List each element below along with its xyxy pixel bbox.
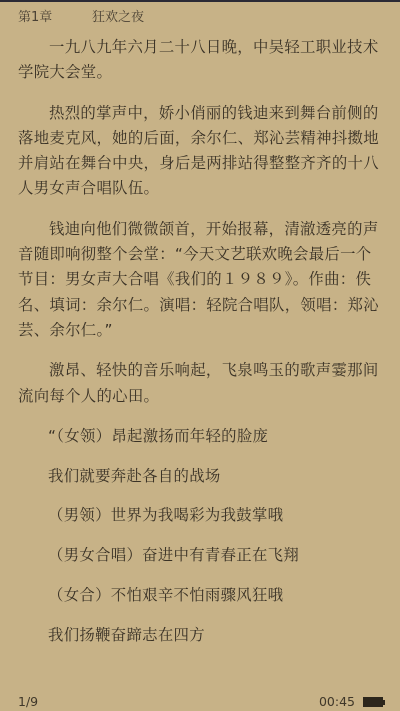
lyric-line: （男女合唱）奋进中有青春正在飞翔 bbox=[18, 543, 382, 568]
lyric-line: （女合）不怕艰辛不怕雨骤风狂哦 bbox=[18, 583, 382, 608]
paragraph: 钱迪向他们微微颌首，开始报幕，清澈透亮的声音随即响彻整个会堂：“今天文艺联欢晚会… bbox=[18, 217, 382, 343]
page-indicator: 1/9 bbox=[18, 694, 38, 709]
reading-content[interactable]: 一九八九年六月二十八日晚，中吴轻工职业技术学院大会堂。 热烈的掌声中，娇小俏丽的… bbox=[18, 35, 382, 663]
clock: 00:45 bbox=[319, 694, 355, 709]
paragraph: 一九八九年六月二十八日晚，中吴轻工职业技术学院大会堂。 bbox=[18, 35, 382, 86]
paragraph: 激昂、轻快的音乐响起，飞泉鸣玉的歌声霎那间流向每个人的心田。 bbox=[18, 358, 382, 409]
status-bar-edge bbox=[0, 0, 400, 2]
lyric-line: “（女领）昂起激扬而年轻的脸庞 bbox=[18, 424, 382, 449]
lyric-line: 我们就要奔赴各自的战场 bbox=[18, 464, 382, 489]
chapter-number: 第1章 bbox=[18, 6, 92, 25]
reader-footer: 1/9 00:45 bbox=[0, 692, 400, 710]
lyric-line: （男领）世界为我喝彩为我鼓掌哦 bbox=[18, 503, 382, 528]
paragraph: 热烈的掌声中，娇小俏丽的钱迪来到舞台前侧的落地麦克风，她的后面，余尔仁、郑沁芸精… bbox=[18, 101, 382, 202]
chapter-title: 狂欢之夜 bbox=[92, 6, 144, 25]
battery-full-icon bbox=[363, 697, 385, 707]
chapter-header: 第1章 狂欢之夜 bbox=[18, 5, 144, 25]
lyric-line: 我们扬鞭奋蹄志在四方 bbox=[18, 623, 382, 648]
